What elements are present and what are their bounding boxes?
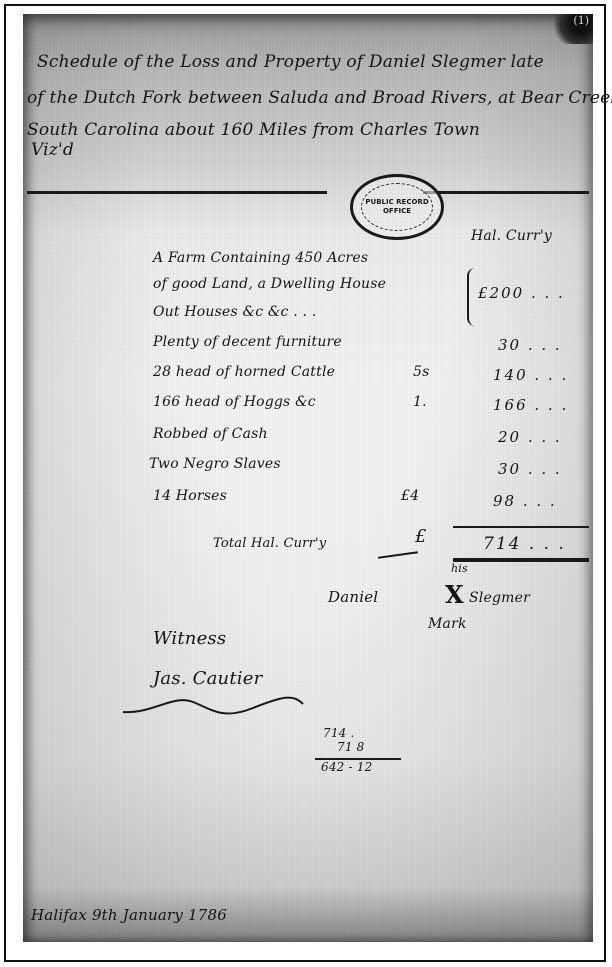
item-amount: 166 . . . <box>493 396 568 414</box>
signature-mark-label: Mark <box>428 616 467 632</box>
calc-line-2: 71 8 <box>337 740 365 754</box>
item-description: 166 head of Hoggs &c <box>153 394 316 410</box>
item-amount: 98 . . . <box>493 492 557 510</box>
header-rule-right <box>423 191 589 194</box>
witness-flourish-icon <box>113 684 313 724</box>
heading-line-3: South Carolina about 160 Miles from Char… <box>27 120 480 140</box>
heading-line-1: Schedule of the Loss and Property of Dan… <box>37 52 544 72</box>
item-rate: 1. <box>413 394 427 410</box>
item-amount: £200 . . . <box>478 284 565 302</box>
item-description: Two Negro Slaves <box>149 456 281 472</box>
public-record-office-stamp: PUBLIC RECORD OFFICE <box>350 174 444 240</box>
calc-line-1: 714 . <box>323 726 355 740</box>
scanned-page: (1) Schedule of the Loss and Property of… <box>23 14 593 942</box>
total-currency: £ <box>415 526 427 547</box>
calc-result: 642 - 12 <box>321 760 372 774</box>
total-amount: 714 . . . <box>483 534 566 554</box>
signature-x-mark: X <box>445 580 464 609</box>
witness-label: Witness <box>153 628 226 649</box>
place-and-date: Halifax 9th January 1786 <box>31 906 227 924</box>
total-flourish <box>378 551 418 559</box>
heading-line-4: Viz'd <box>31 140 74 160</box>
item-description: of good Land, a Dwelling House <box>153 276 386 292</box>
item-description: Out Houses &c &c . . . <box>153 304 317 320</box>
total-top-rule <box>453 526 589 528</box>
page-number: (1) <box>553 14 593 44</box>
item-amount: 20 . . . <box>498 428 562 446</box>
crown-seal-icon: PUBLIC RECORD OFFICE <box>361 183 433 231</box>
header-rule-left <box>27 191 327 194</box>
item-description: Robbed of Cash <box>153 426 268 442</box>
column-header-currency: Hal. Curr'y <box>471 228 552 244</box>
item-description: A Farm Containing 450 Acres <box>153 250 368 266</box>
item-description: 28 head of horned Cattle <box>153 364 335 380</box>
total-bottom-rule <box>453 558 589 562</box>
item-amount: 30 . . . <box>498 460 562 478</box>
item-description: 14 Horses <box>153 488 227 504</box>
item-amount: 30 . . . <box>498 336 562 354</box>
item-description: Plenty of decent furniture <box>153 334 342 350</box>
signature-last-name: Slegmer <box>469 590 530 606</box>
signature-first-name: Daniel <box>328 588 378 606</box>
item-rate: £4 <box>401 488 419 504</box>
item-rate: 5s <box>413 364 430 380</box>
heading-line-2: of the Dutch Fork between Saluda and Bro… <box>27 88 612 108</box>
signature-his: his <box>451 562 468 575</box>
total-label: Total Hal. Curr'y <box>213 536 326 551</box>
item-amount: 140 . . . <box>493 366 568 384</box>
